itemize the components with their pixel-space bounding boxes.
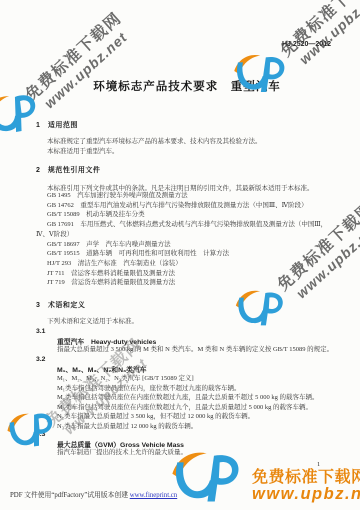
watermark-bottom-right: 免费标准下载网 www.upbz.net [252,469,360,503]
term-definition: M₂类车指包括驾驶员座位在内座位数超过九座，且最大总质量不超过 5 000 kg… [57,393,319,403]
pdf-creator-text: PDF 文件使用“pdfFactory”试用版本创建 [10,492,130,499]
term-number: 3.2 [36,356,45,363]
reference-item: GB/T 15089 机动车辆及挂车分类 [47,210,327,220]
term-definition: 指汽车制造厂提出的技术上允许的最大质量。 [57,448,187,458]
reference-item: GB/T 19515 道路车辆 可再利用性和可回收利用性 计算方法 [47,249,327,259]
reference-item: HJ/T 293 清洁生产标准 汽车制造业（涂装） [47,259,327,269]
section-1-paragraph: 本标准规定了重型汽车环境标志产品的基本要求、技术内容及其检验方法。 [47,137,262,147]
watermark-site-name: 免费标准下载网 [252,469,360,486]
watermark-site-name: 免费标准下载网 [0,0,147,124]
reference-item: JT 719 营运货车燃料消耗量限值及测量方法 [47,278,327,288]
section-1-paragraph: 本标准适用于重型汽车。 [47,147,119,157]
up-logo-icon [0,400,61,459]
term-definition: M₁、M₂、M₃、N₂、N₃类汽车 [GB/T 15089 定义] [57,374,194,384]
watermark-top-left: 免费标准下载网 www.upbz.net [0,0,158,136]
section-3-heading: 3 术语和定义 [36,300,85,310]
reference-item: GB 17691 车用压燃式、气体燃料点燃式发动机与汽车排气污染物排放限值及测量… [47,220,327,230]
reference-item: GB 1495 汽车加速行驶车外噪声限值及测量方法 [47,191,327,201]
reference-item: JT 711 营运客车燃料消耗量限值及测量方法 [47,269,327,279]
term-definition: N₃类车指最大总质量超过 12 000 kg 的载货车辆。 [57,422,197,432]
page-number: 1 [317,461,320,468]
reference-item: GB 14762 重型车用汽油发动机与汽车排气污染物排放限值及测量方法（中国Ⅲ、… [47,201,327,211]
term-number: 3.1 [36,328,45,335]
page-title: 环境标志产品技术要求 重型汽车 [0,78,360,94]
term-definition: 指最大总质量超过 3 500 kg 的 M 类和 N 类汽车。M 类和 N 类车… [57,345,333,355]
fineprint-link[interactable]: www.fineprint.cn [130,492,178,499]
standard-code: HJ 2520—2012 [282,41,331,48]
document-page: HJ 2520—2012 环境标志产品技术要求 重型汽车 1 适用范围 本标准规… [0,0,360,510]
reference-item-wrap: Ⅳ、Ⅴ阶段） [36,230,327,240]
term-definition: M₃类车指包括驾驶员座位在内座位数超过九个，且最大总质量超过 5 000 kg … [57,403,312,413]
up-logo-icon [230,286,288,330]
section-1-heading: 1 适用范围 [36,120,78,130]
term-definition: M₁类车指包括驾驶员座位在内，座位数不超过九座的载客车辆。 [57,384,241,394]
reference-item: GB/T 18697 声学 汽车车内噪声测量方法 [47,240,327,250]
term-title: M₁、M₂、M₃、N₂和N₃类汽车 [57,364,147,374]
term-definition: N₂类车指最大总质量超过 3 500 kg，但不超过 12 000 kg 的载货… [57,412,254,422]
section-3-intro: 下列术语和定义适用于本标准。 [47,317,138,327]
reference-list: GB 1495 汽车加速行驶车外噪声限值及测量方法 GB 14762 重型车用汽… [36,191,327,288]
pdf-creator-note: PDF 文件使用“pdfFactory”试用版本创建 www.fineprint… [10,489,177,499]
watermark-site-url: www.upbz.net [252,486,360,503]
section-2-heading: 2 规范性引用文件 [36,165,100,175]
watermark-site-url: www.upbz.net [13,4,157,136]
term-number: 3.3 [36,431,45,438]
